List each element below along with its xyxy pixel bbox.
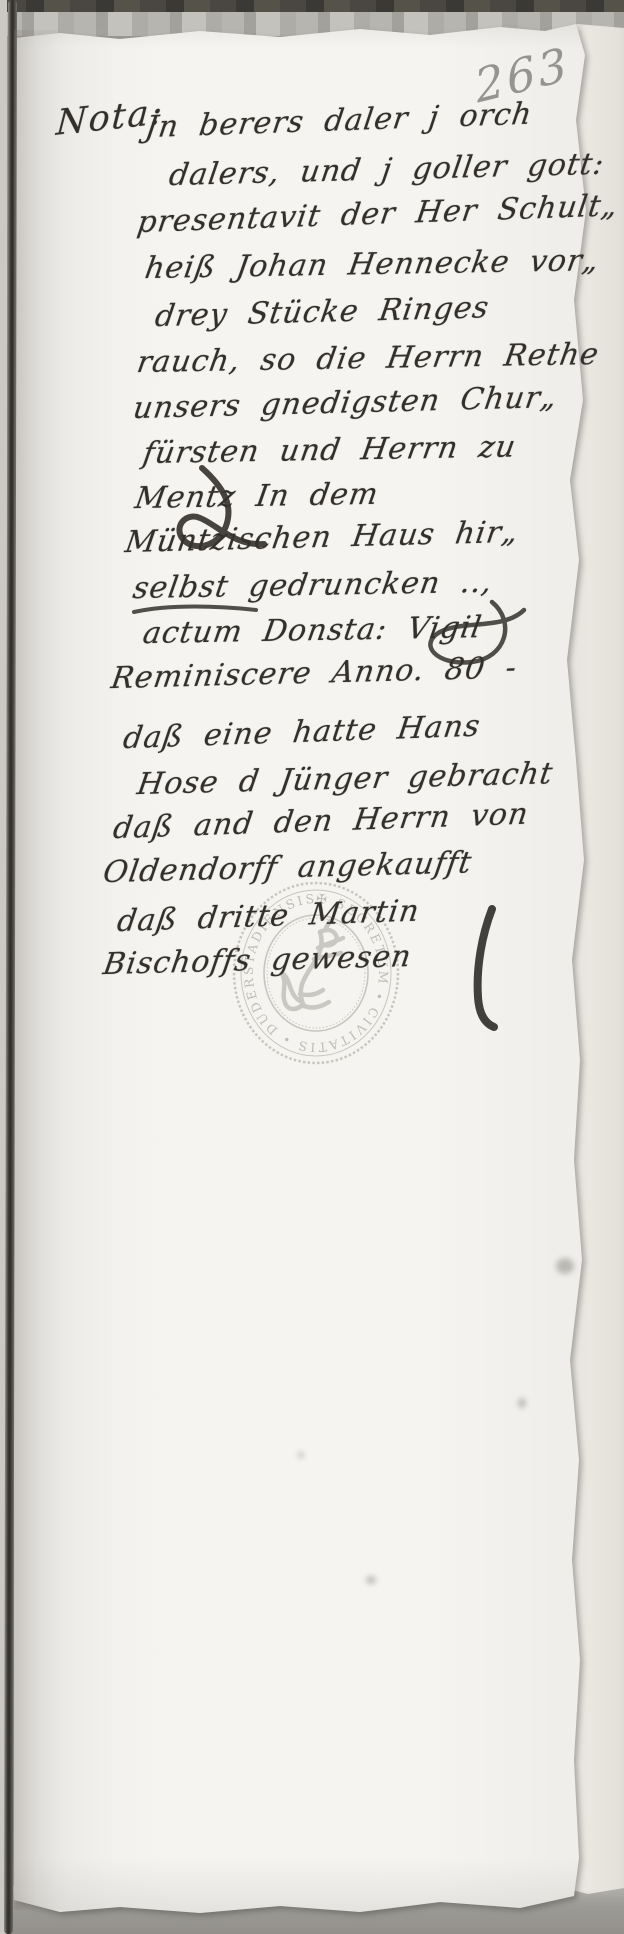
smudge-3: [366, 1576, 376, 1584]
smudge-1: [556, 1258, 574, 1274]
smudge-4: [298, 1452, 304, 1458]
handwritten-line-p1-12: actum Donsta: Vigil: [140, 610, 484, 651]
handwritten-line-p1-8: fürsten und Herrn zu: [140, 429, 518, 471]
handwritten-line-p1-9: Mentz In dem: [132, 477, 381, 516]
handwritten-line-p1-11: selbst gedruncken ..,: [130, 565, 495, 606]
scanned-manuscript: 79| 263 Nota: Jn berers daler j orchdale…: [0, 0, 624, 1934]
smudge-2: [518, 1398, 526, 1408]
